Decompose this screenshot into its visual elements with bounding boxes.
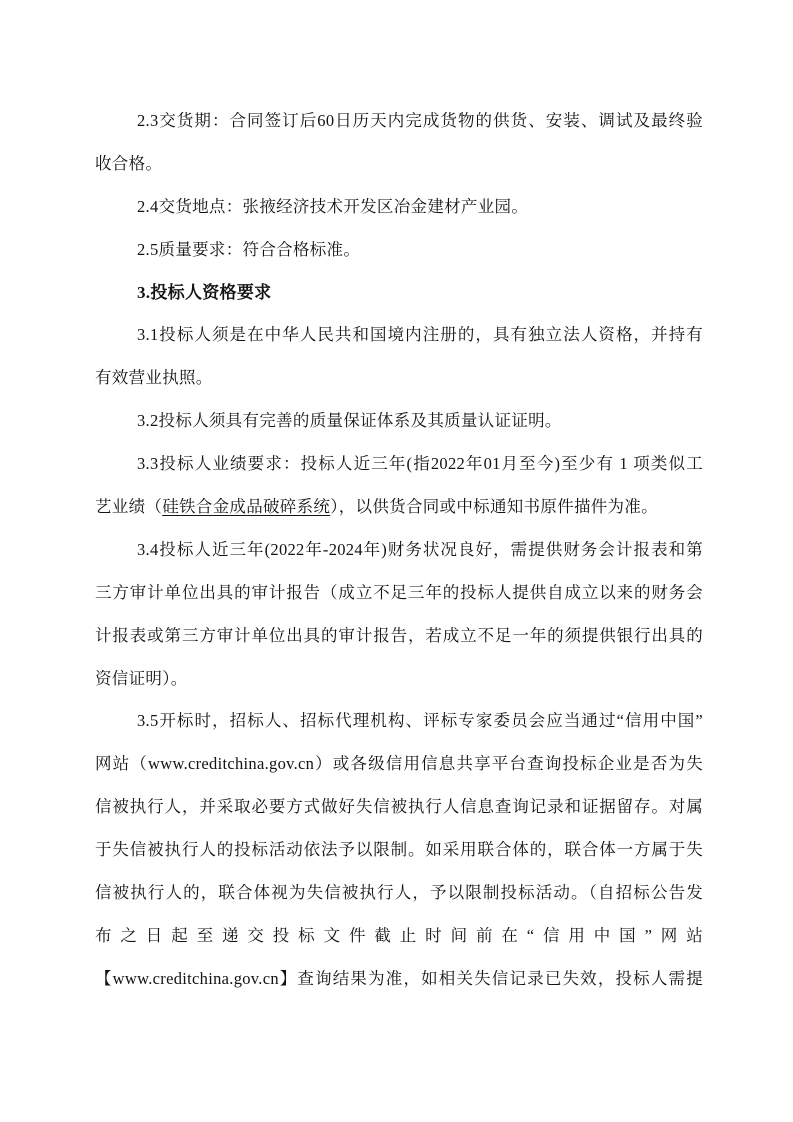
section-3-heading-bidder-qualifications: 3.投标人资格要求 bbox=[95, 272, 703, 315]
underlined-project-scope: 硅铁合金成品破碎系统 bbox=[162, 497, 330, 516]
clause-3-4-financial-line-1: 3.4投标人近三年(2022年-2024年)财务状况良好，需提供财务会计报表和第 bbox=[95, 529, 703, 572]
clause-2-3-delivery-period-line-1: 2.3交货期：合同签订后60日历天内完成货物的供货、安装、调试及最终验 bbox=[95, 100, 703, 143]
clause-3-1-line-1: 3.1投标人须是在中华人民共和国境内注册的，具有独立法人资格，并持有 bbox=[95, 314, 703, 357]
clause-3-1-line-2: 有效营业执照。 bbox=[95, 357, 703, 400]
clause-3-2-quality-system: 3.2投标人须具有完善的质量保证体系及其质量认证证明。 bbox=[95, 400, 703, 443]
clause-2-5-quality-requirement: 2.5质量要求：符合合格标准。 bbox=[95, 229, 703, 272]
clause-3-5-credit-check-line-5: 信被执行人的，联合体视为失信被执行人，予以限制投标活动。（自招标公告发 bbox=[95, 872, 703, 915]
document-page: 2.3交货期：合同签订后60日历天内完成货物的供货、安装、调试及最终验 收合格。… bbox=[0, 0, 793, 1122]
clause-3-4-financial-line-4: 资信证明）。 bbox=[95, 658, 703, 701]
clause-3-5-credit-check-line-6: 布之日起至递交投标文件截止时间前在“信用中国”网站 bbox=[95, 915, 703, 958]
clause-3-3-performance-line-2: 艺业绩（硅铁合金成品破碎系统），以供货合同或中标通知书原件描件为准。 bbox=[95, 486, 703, 529]
clause-3-3-post-text: ），以供货合同或中标通知书原件描件为准。 bbox=[330, 497, 658, 516]
clause-2-4-delivery-place: 2.4交货地点：张掖经济技术开发区冶金建材产业园。 bbox=[95, 186, 703, 229]
clause-3-3-pre-text: 艺业绩（ bbox=[95, 497, 162, 516]
clause-3-3-performance-line-1: 3.3投标人业绩要求：投标人近三年(指2022年01月至今)至少有 1 项类似工 bbox=[95, 443, 703, 486]
clause-3-4-financial-line-2: 三方审计单位出具的审计报告（成立不足三年的投标人提供自成立以来的财务会 bbox=[95, 572, 703, 615]
clause-3-5-credit-check-line-7: 【www.creditchina.gov.cn】查询结果为准，如相关失信记录已失… bbox=[95, 958, 703, 1001]
document-body: 2.3交货期：合同签订后60日历天内完成货物的供货、安装、调试及最终验 收合格。… bbox=[95, 100, 703, 1001]
clause-3-4-financial-line-3: 计报表或第三方审计单位出具的审计报告，若成立不足一年的须提供银行出具的 bbox=[95, 615, 703, 658]
clause-3-5-credit-check-line-3: 信被执行人，并采取必要方式做好失信被执行人信息查询记录和证据留存。对属 bbox=[95, 786, 703, 829]
clause-3-5-credit-check-line-4: 于失信被执行人的投标活动依法予以限制。如采用联合体的，联合体一方属于失 bbox=[95, 829, 703, 872]
clause-3-5-credit-check-line-2: 网站（www.creditchina.gov.cn）或各级信用信息共享平台查询投… bbox=[95, 743, 703, 786]
clause-3-5-credit-check-line-1: 3.5开标时，招标人、招标代理机构、评标专家委员会应当通过“信用中国” bbox=[95, 700, 703, 743]
clause-2-3-delivery-period-line-2: 收合格。 bbox=[95, 143, 703, 186]
